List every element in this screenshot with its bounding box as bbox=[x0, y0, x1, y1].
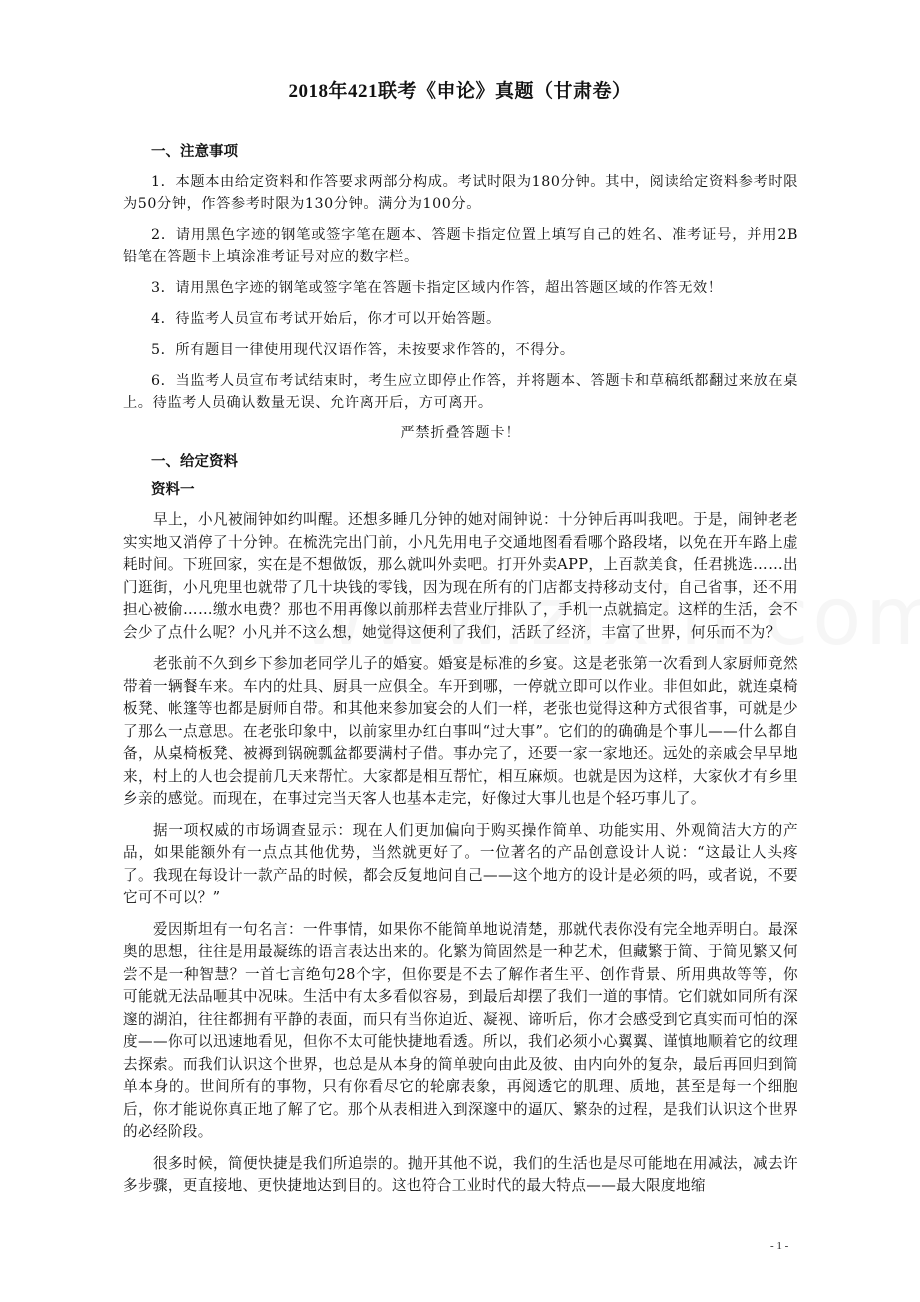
note-item-3: 3．请用黑色字迹的钢笔或签字笔在答题卡指定区域内作答，超出答题区域的作答无效！ bbox=[123, 277, 798, 299]
material-paragraph-4: 爱因斯坦有一句名言：一件事情，如果你不能简单地说清楚，那就代表你没有完全地弄明白… bbox=[123, 919, 798, 1144]
section-heading-materials: 一、给定资料 bbox=[151, 453, 798, 471]
note-item-5: 5．所有题目一律使用现代汉语作答，未按要求作答的，不得分。 bbox=[123, 339, 798, 361]
note-item-1: 1．本题本由给定资料和作答要求两部分构成。考试时限为180分钟。其中，阅读给定资… bbox=[123, 171, 798, 215]
document-page: www.zixin.com.cn 2018年421联考《申论》真题（甘肃卷） 一… bbox=[0, 0, 920, 1302]
material-subheading: 资料一 bbox=[151, 481, 798, 499]
note-item-4: 4．待监考人员宣布考试开始后，你才可以开始答题。 bbox=[123, 308, 798, 330]
material-paragraph-1: 早上，小凡被闹钟如约叫醒。还想多睡几分钟的她对闹钟说：十分钟后再叫我吧。于是，闹… bbox=[123, 509, 798, 644]
section-heading-notes: 一、注意事项 bbox=[151, 143, 798, 161]
note-item-2: 2．请用黑色字迹的钢笔或签字笔在题本、答题卡指定位置上填写自己的姓名、准考证号，… bbox=[123, 224, 798, 268]
material-paragraph-3: 据一项权威的市场调查显示：现在人们更加偏向于购买操作简单、功能实用、外观简洁大方… bbox=[123, 820, 798, 910]
material-paragraph-2: 老张前不久到乡下参加老同学儿子的婚宴。婚宴是标准的乡宴。这是老张第一次看到人家厨… bbox=[123, 653, 798, 811]
material-paragraph-5: 很多时候，简便快捷是我们所追崇的。抛开其他不说，我们的生活也是尽可能地在用减法，… bbox=[123, 1153, 798, 1198]
document-title: 2018年421联考《申论》真题（甘肃卷） bbox=[0, 76, 920, 103]
note-item-6: 6．当监考人员宣布考试结束时，考生应立即停止作答，并将题本、答题卡和草稿纸都翻过… bbox=[123, 370, 798, 414]
warning-text: 严禁折叠答题卡！ bbox=[123, 423, 798, 443]
document-body: 一、注意事项 1．本题本由给定资料和作答要求两部分构成。考试时限为180分钟。其… bbox=[123, 143, 798, 1207]
page-number: - 1 - bbox=[770, 1240, 788, 1252]
